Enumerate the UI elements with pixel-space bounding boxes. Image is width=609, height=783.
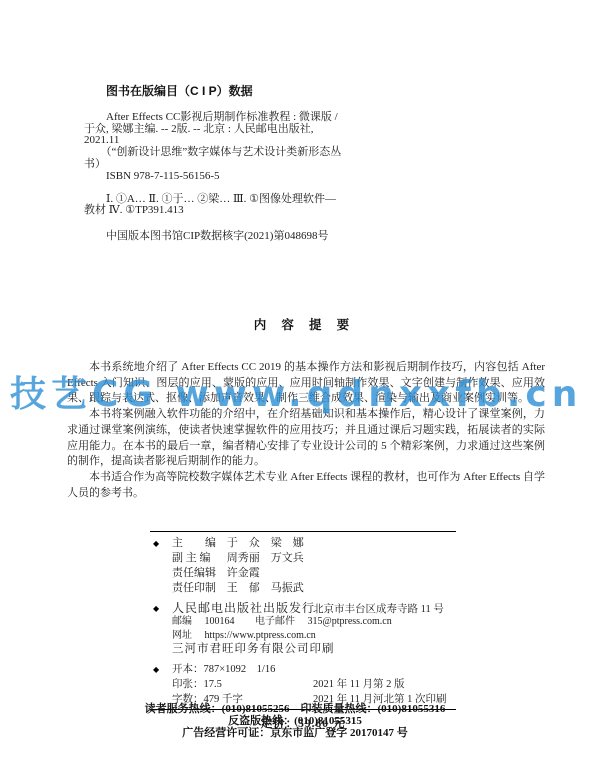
credit-value: 周秀丽 万文兵 <box>227 552 304 564</box>
cip-line: 于众, 梁娜主编. -- 2版. -- 北京 : 人民邮电出版社, <box>84 124 429 136</box>
email-label: 电子邮件 <box>255 616 295 627</box>
cip-line: After Effects CC影视后期制作标准教程 : 微课版 / <box>84 112 429 124</box>
edition-info: 2021 年 11 月第 2 版 <box>313 677 405 692</box>
postcode-value: 100164 <box>205 616 235 627</box>
editor-row: 责任编辑 许金霞 <box>150 566 456 581</box>
format-sheets: 印张：17.5 <box>172 679 222 690</box>
credit-label: 责任编辑 <box>172 566 224 581</box>
license-line: 广告经营许可证：京东市监广登字 20170147 号 <box>35 728 555 740</box>
credit-label: 责任印制 <box>172 581 224 596</box>
cip-record-number: 中国版本图书馆CIP数据核字(2021)第048698号 <box>84 231 429 243</box>
diamond-bullet-icon: ◆ <box>153 664 159 676</box>
cip-isbn: ISBN 978-7-115-56156-5 <box>84 171 429 183</box>
publisher-row: ◆ 人民邮电出版社出版发行 北京市丰台区成寿寺路 11 号 <box>150 601 456 615</box>
printer-row: 三河市君旺印务有限公司印刷 <box>150 642 456 656</box>
format-size: 开本：787×1092 1/16 <box>172 664 275 675</box>
diamond-bullet-icon: ◆ <box>153 603 160 615</box>
credit-value: 王 郁 马振武 <box>227 582 304 594</box>
summary-paragraph: 本书适合作为高等院校数字媒体艺术专业 After Effects 课程的教材，也… <box>67 470 545 501</box>
colophon-section: ◆ 主 编 于 众 梁 娜 副 主 编 周秀丽 万文兵 责任编辑 许金霞 责任印… <box>150 531 456 731</box>
website-row: 网址 https://www.ptpress.com.cn <box>150 629 456 643</box>
credit-label: 副 主 编 <box>172 551 224 566</box>
editor-credits: ◆ 主 编 于 众 梁 娜 副 主 编 周秀丽 万文兵 责任编辑 许金霞 责任印… <box>150 532 456 596</box>
copyright-page: 图书在版编目（C I P）数据 After Effects CC影视后期制作标准… <box>0 0 609 783</box>
editor-row: 副 主 编 周秀丽 万文兵 <box>150 551 456 566</box>
credit-value: 于 众 梁 娜 <box>227 537 304 549</box>
cip-line: （“创新设计思维”数字媒体与艺术设计类新形态丛 <box>84 147 429 159</box>
summary-paragraph: 本书系统地介绍了 After Effects CC 2019 的基本操作方法和影… <box>67 360 545 407</box>
hotline-line: 反盗版热线：(010)81055315 <box>35 716 555 728</box>
editor-row: 责任印制 王 郁 马振武 <box>150 581 456 596</box>
postcode-email-row: 邮编 100164 电子邮件 315@ptpress.com.cn <box>150 615 456 629</box>
credit-value: 许金霞 <box>227 567 260 579</box>
summary-section: 本书系统地介绍了 After Effects CC 2019 的基本操作方法和影… <box>67 360 545 501</box>
website-label: 网址 <box>172 630 192 641</box>
publisher-name: 人民邮电出版社出版发行 <box>172 601 315 615</box>
cip-section: 图书在版编目（C I P）数据 After Effects CC影视后期制作标准… <box>84 86 429 243</box>
summary-title: 内 容 提 要 <box>0 315 609 333</box>
format-size-row: ◆ 开本：787×1092 1/16 <box>150 662 456 677</box>
footer-hotlines: 读者服务热线：(010)81055256 印装质量热线：(010)8105531… <box>35 704 555 740</box>
format-block: ◆ 开本：787×1092 1/16 印张：17.5 2021 年 11 月第 … <box>150 662 456 707</box>
cip-header: 图书在版编目（C I P）数据 <box>84 86 429 98</box>
website-value: https://www.ptpress.com.cn <box>205 630 316 641</box>
postcode-label: 邮编 <box>172 616 192 627</box>
credit-label: 主 编 <box>172 536 224 551</box>
format-sheets-row: 印张：17.5 2021 年 11 月第 2 版 <box>150 677 456 692</box>
editor-row: ◆ 主 编 于 众 梁 娜 <box>150 536 456 551</box>
email-value: 315@ptpress.com.cn <box>308 616 392 627</box>
cip-classification: 教材 Ⅳ. ①TP391.413 <box>84 205 429 217</box>
cip-line: 书） <box>84 159 429 171</box>
hotline-line: 读者服务热线：(010)81055256 印装质量热线：(010)8105531… <box>35 704 555 716</box>
summary-paragraph: 本书将案例融入软件功能的介绍中，在介绍基础知识和基本操作后，精心设计了课堂案例，… <box>67 407 545 470</box>
diamond-bullet-icon: ◆ <box>153 538 159 550</box>
